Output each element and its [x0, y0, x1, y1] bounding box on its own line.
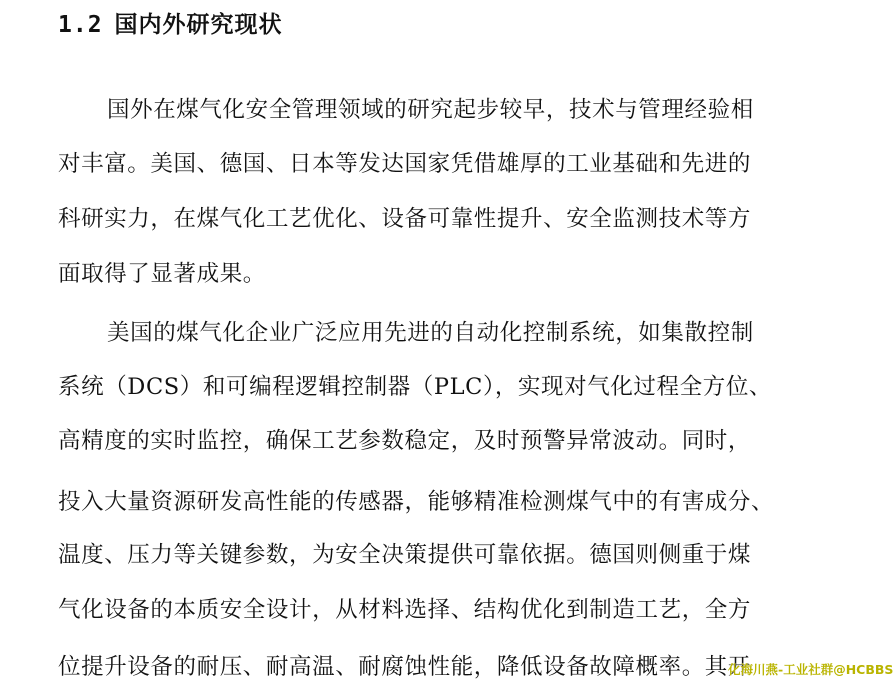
paragraph-2-line-3: 高精度的实时监控，确保工艺参数稳定，及时预警异常波动。同时， [58, 423, 751, 455]
paragraph-2-line-2: 系统（DCS）和可编程逻辑控制器（PLC），实现对气化过程全方位、 [58, 369, 772, 401]
paragraph-2-line-1: 美国的煤气化企业广泛应用先进的自动化控制系统，如集散控制 [107, 315, 754, 347]
paragraph-1-line-4: 面取得了显著成果。 [58, 256, 266, 288]
paragraph-2-line-5: 温度、压力等关键参数，为安全决策提供可靠依据。德国则侧重于煤 [58, 537, 751, 569]
section-number: 1.2 [58, 12, 103, 38]
paragraph-2-line-7: 位提升设备的耐压、耐高温、耐腐蚀性能，降低设备故障概率。其开 [58, 649, 751, 681]
section-title: 国内外研究现状 [115, 11, 283, 38]
paragraph-1-line-3: 科研实力，在煤气化工艺优化、设备可靠性提升、安全监测技术等方 [58, 201, 751, 233]
watermark: 化海川燕-工业社群@HCBBS [728, 660, 893, 678]
paragraph-2-line-4: 投入大量资源研发高性能的传感器，能够精准检测煤气中的有害成分、 [58, 484, 774, 516]
paragraph-2-line-6: 气化设备的本质安全设计，从材料选择、结构优化到制造工艺，全方 [58, 592, 751, 624]
section-heading: 1.2国内外研究现状 [58, 6, 283, 39]
paragraph-1-line-2: 对丰富。美国、德国、日本等发达国家凭借雄厚的工业基础和先进的 [58, 146, 751, 178]
paragraph-1-line-1: 国外在煤气化安全管理领域的研究起步较早，技术与管理经验相 [107, 92, 754, 124]
